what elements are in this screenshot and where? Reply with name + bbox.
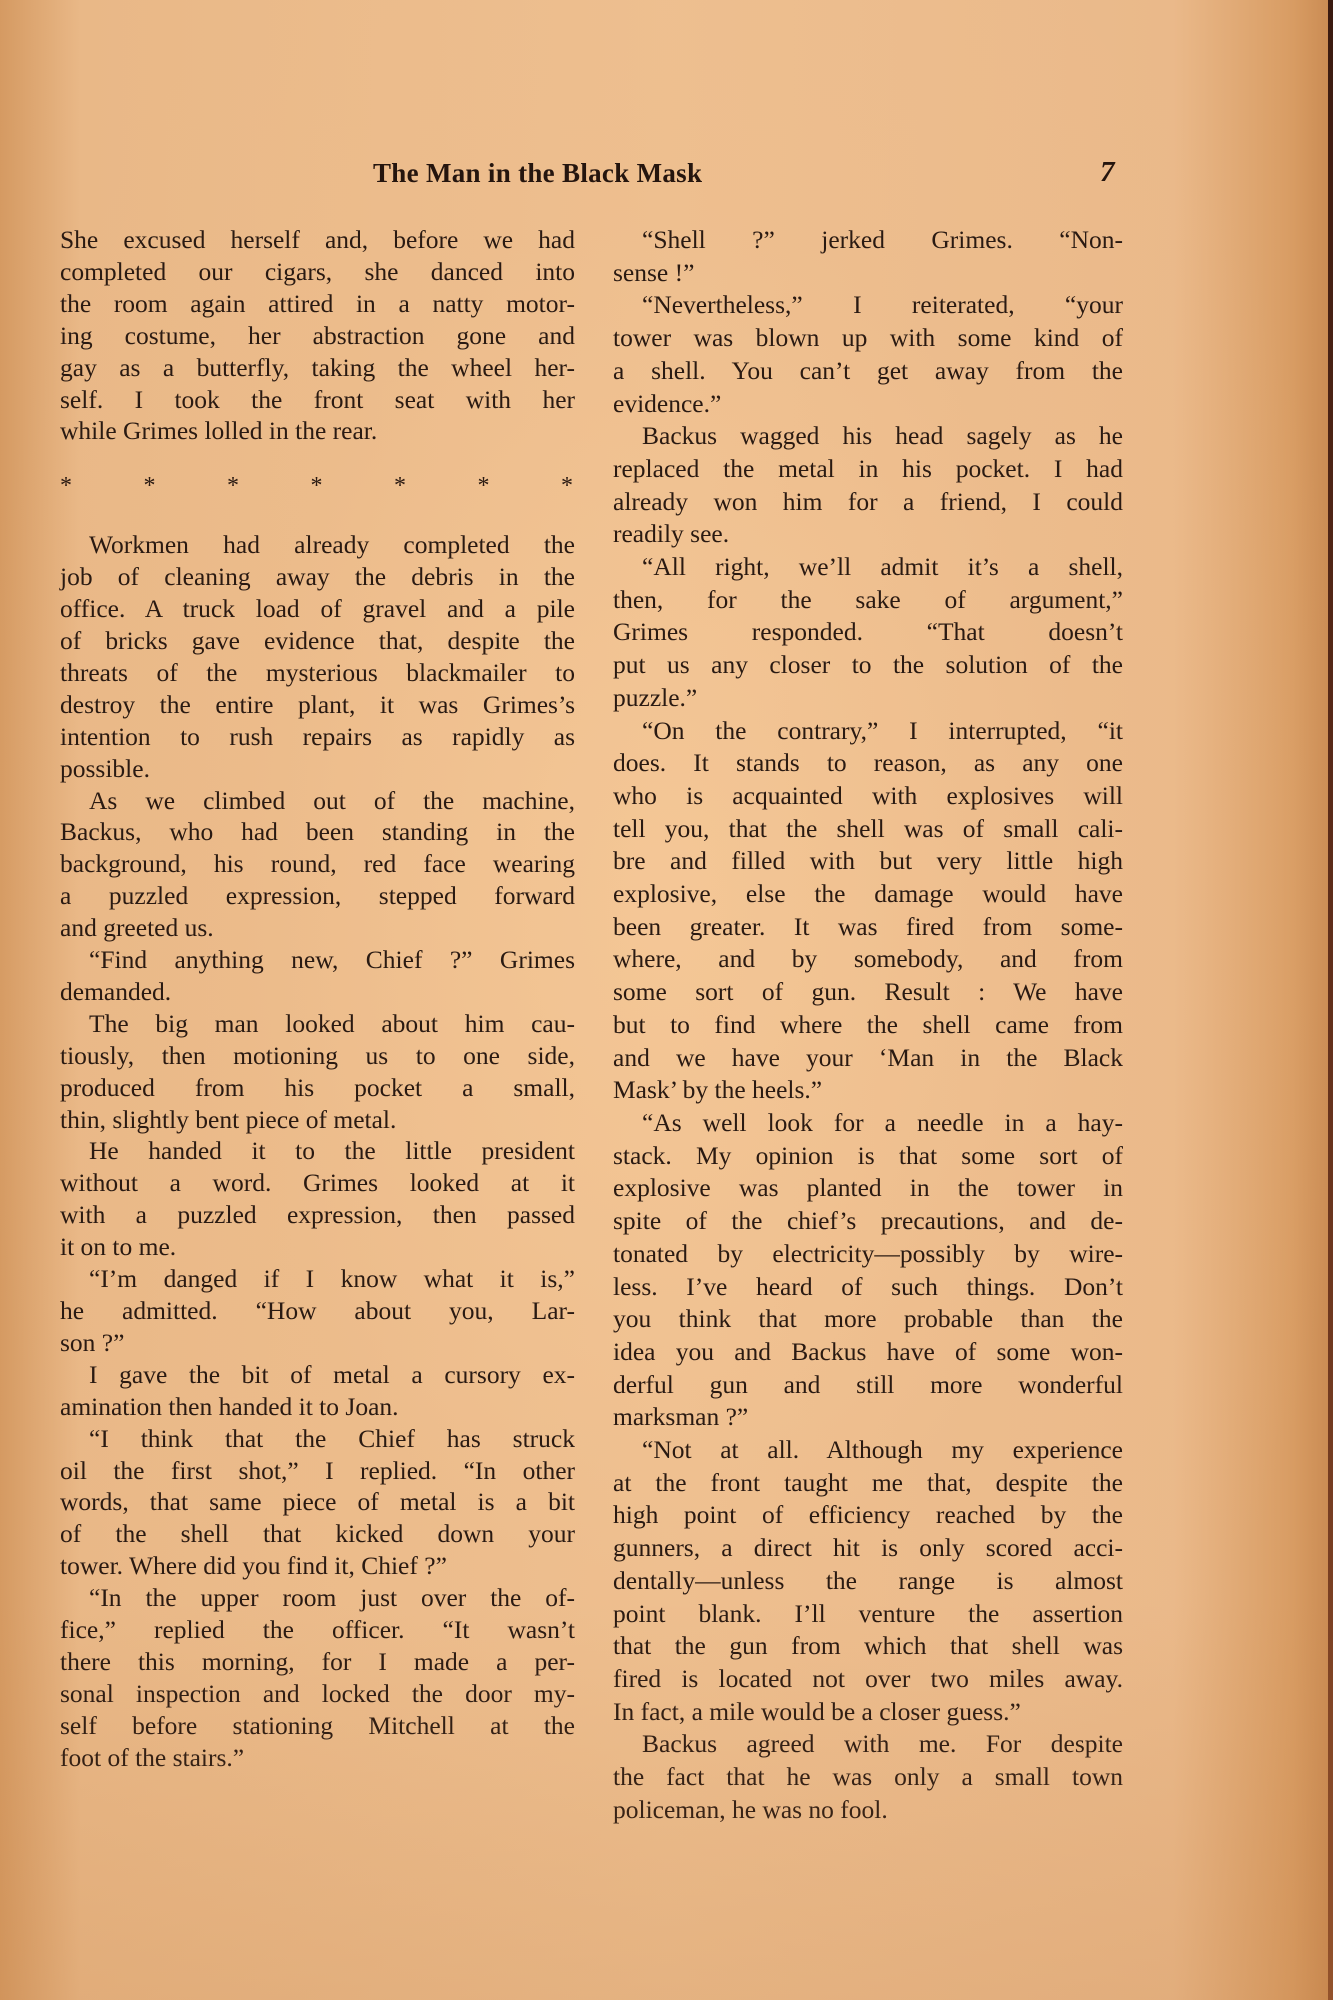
text-line: tell you, that the shell was of small ca…: [613, 813, 1123, 846]
text-line: He handed it to the little president: [60, 1135, 575, 1167]
text-line: put us any closer to the solution of the: [613, 649, 1123, 682]
text-line: “I’m danged if I know what it is,”: [60, 1263, 575, 1295]
text-line: the room again attired in a natty motor-: [60, 288, 575, 320]
text-line: puzzle.”: [613, 682, 1123, 715]
text-line: The big man looked about him cau-: [60, 1008, 575, 1040]
text-line: “All right, we’ll admit it’s a shell,: [613, 551, 1123, 584]
text-line: a shell. You can’t get away from the: [613, 355, 1123, 388]
text-line: “I think that the Chief has struck: [60, 1423, 575, 1455]
text-line: oil the first shot,” I replied. “In othe…: [60, 1455, 575, 1487]
text-line: Backus agreed with me. For despite: [613, 1728, 1123, 1761]
text-line: of bricks gave evidence that, despite th…: [60, 625, 575, 657]
text-line: “Shell ?” jerked Grimes. “Non-: [613, 224, 1123, 257]
text-line: “Find anything new, Chief ?” Grimes: [60, 944, 575, 976]
text-line: dentally—unless the range is almost: [613, 1565, 1123, 1598]
text-line: been greater. It was fired from some-: [613, 911, 1123, 944]
text-line: and we have your ‘Man in the Black: [613, 1042, 1123, 1075]
text-line: while Grimes lolled in the rear.: [60, 415, 575, 447]
text-line: thin, slightly bent piece of metal.: [60, 1104, 575, 1136]
asterisk-glyph: *: [144, 471, 156, 503]
text-line: She excused herself and, before we had: [60, 224, 575, 256]
text-line: fice,” replied the officer. “It wasn’t: [60, 1614, 575, 1646]
asterisk-glyph: *: [561, 471, 573, 503]
text-line: “On the contrary,” I interrupted, “it: [613, 715, 1123, 748]
paragraph: “Find anything new, Chief ?” Grimesdeman…: [60, 944, 575, 1008]
paragraph: The big man looked about him cau-tiously…: [60, 1008, 575, 1136]
text-line: self. I took the front seat with her: [60, 384, 575, 416]
text-line: amination then handed it to Joan.: [60, 1391, 575, 1423]
book-page: The Man in the Black Mask 7 She excused …: [0, 0, 1333, 2000]
text-line: bre and filled with but very little high: [613, 845, 1123, 878]
text-line: words, that same piece of metal is a bit: [60, 1486, 575, 1518]
text-line: readily see.: [613, 518, 1123, 551]
text-line: it on to me.: [60, 1231, 575, 1263]
text-line: gunners, a direct hit is only scored acc…: [613, 1532, 1123, 1565]
page-number: 7: [1100, 156, 1115, 189]
paragraph: “Nevertheless,” I reiterated, “yourtower…: [613, 289, 1123, 420]
text-line: he admitted. “How about you, Lar-: [60, 1295, 575, 1327]
text-line: ing costume, her abstraction gone and: [60, 320, 575, 352]
text-line: intention to rush repairs as rapidly as: [60, 721, 575, 753]
paragraph: “Shell ?” jerked Grimes. “Non-sense !”: [613, 224, 1123, 289]
text-line: then, for the sake of argument,”: [613, 584, 1123, 617]
text-line: “As well look for a needle in a hay-: [613, 1107, 1123, 1140]
text-line: of the shell that kicked down your: [60, 1518, 575, 1550]
text-line: “In the upper room just over the of-: [60, 1582, 575, 1614]
paragraph: “I think that the Chief has struckoil th…: [60, 1423, 575, 1583]
text-line: destroy the entire plant, it was Grimes’…: [60, 689, 575, 721]
page-edge-binding: [1328, 0, 1333, 2000]
text-line: tower was blown up with some kind of: [613, 322, 1123, 355]
text-line: derful gun and still more wonderful: [613, 1369, 1123, 1402]
text-line: a puzzled expression, stepped forward: [60, 880, 575, 912]
text-line: office. A truck load of gravel and a pil…: [60, 593, 575, 625]
text-line: job of cleaning away the debris in the: [60, 561, 575, 593]
text-line: I gave the bit of metal a cursory ex-: [60, 1359, 575, 1391]
text-line: Backus, who had been standing in the: [60, 816, 575, 848]
text-line: “Nevertheless,” I reiterated, “your: [613, 289, 1123, 322]
text-line: replaced the metal in his pocket. I had: [613, 453, 1123, 486]
section-break: *******: [60, 471, 575, 503]
paragraph: Workmen had already completed thejob of …: [60, 529, 575, 784]
text-line: tonated by electricity—possibly by wire-: [613, 1238, 1123, 1271]
text-line: the fact that he was only a small town: [613, 1761, 1123, 1794]
asterisk-glyph: *: [311, 471, 323, 503]
text-line: produced from his pocket a small,: [60, 1072, 575, 1104]
text-line: idea you and Backus have of some won-: [613, 1336, 1123, 1369]
text-line: high point of efficiency reached by the: [613, 1499, 1123, 1532]
text-line: already won him for a friend, I could: [613, 486, 1123, 519]
paragraph: “In the upper room just over the of-fice…: [60, 1582, 575, 1773]
text-line: and greeted us.: [60, 912, 575, 944]
text-line: evidence.”: [613, 388, 1123, 421]
text-line: you think that more probable than the: [613, 1303, 1123, 1336]
text-line: explosive, else the damage would have: [613, 878, 1123, 911]
text-line: stack. My opinion is that some sort of: [613, 1140, 1123, 1173]
text-line: policeman, he was no fool.: [613, 1794, 1123, 1827]
paragraph: “I’m danged if I know what it is,”he adm…: [60, 1263, 575, 1359]
text-line: “Not at all. Although my experience: [613, 1434, 1123, 1467]
text-line: point blank. I’ll venture the assertion: [613, 1598, 1123, 1631]
text-line: at the front taught me that, despite the: [613, 1467, 1123, 1500]
paragraph: Backus wagged his head sagely as herepla…: [613, 420, 1123, 551]
paragraph: She excused herself and, before we hadco…: [60, 224, 575, 447]
text-line: there this morning, for I made a per-: [60, 1646, 575, 1678]
paragraph: He handed it to the little presidentwith…: [60, 1135, 575, 1263]
text-line: Mask’ by the heels.”: [613, 1074, 1123, 1107]
text-line: some sort of gun. Result : We have: [613, 976, 1123, 1009]
paragraph: I gave the bit of metal a cursory ex-ami…: [60, 1359, 575, 1423]
text-line: Grimes responded. “That doesn’t: [613, 616, 1123, 649]
text-line: where, and by somebody, and from: [613, 943, 1123, 976]
text-line: sonal inspection and locked the door my-: [60, 1678, 575, 1710]
text-line: gay as a butterfly, taking the wheel her…: [60, 352, 575, 384]
paragraph: “On the contrary,” I interrupted, “itdoe…: [613, 715, 1123, 1107]
text-line: who is acquainted with explosives will: [613, 780, 1123, 813]
text-line: self before stationing Mitchell at the: [60, 1710, 575, 1742]
text-line: sense !”: [613, 257, 1123, 290]
asterisk-glyph: *: [60, 471, 72, 503]
text-line: but to find where the shell came from: [613, 1009, 1123, 1042]
text-line: Backus wagged his head sagely as he: [613, 420, 1123, 453]
asterisk-glyph: *: [478, 471, 490, 503]
text-line: marksman ?”: [613, 1401, 1123, 1434]
right-text-column: “Shell ?” jerked Grimes. “Non-sense !”“N…: [613, 224, 1123, 1826]
text-line: tiously, then motioning us to one side,: [60, 1040, 575, 1072]
text-line: demanded.: [60, 976, 575, 1008]
paragraph: “As well look for a needle in a hay-stac…: [613, 1107, 1123, 1434]
text-line: threats of the mysterious blackmailer to: [60, 657, 575, 689]
text-line: does. It stands to reason, as any one: [613, 747, 1123, 780]
text-line: As we climbed out of the machine,: [60, 785, 575, 817]
asterisk-glyph: *: [394, 471, 406, 503]
running-title: The Man in the Black Mask: [373, 158, 813, 189]
paragraph: As we climbed out of the machine,Backus,…: [60, 785, 575, 945]
text-line: explosive was planted in the tower in: [613, 1172, 1123, 1205]
text-line: son ?”: [60, 1327, 575, 1359]
text-line: foot of the stairs.”: [60, 1742, 575, 1774]
paragraph: “All right, we’ll admit it’s a shell,the…: [613, 551, 1123, 715]
text-line: without a word. Grimes looked at it: [60, 1167, 575, 1199]
text-line: spite of the chief’s precautions, and de…: [613, 1205, 1123, 1238]
paragraph: Backus agreed with me. For despitethe fa…: [613, 1728, 1123, 1826]
text-line: background, his round, red face wearing: [60, 848, 575, 880]
text-line: tower. Where did you find it, Chief ?”: [60, 1550, 575, 1582]
paragraph: “Not at all. Although my experienceat th…: [613, 1434, 1123, 1728]
text-line: In fact, a mile would be a closer guess.…: [613, 1696, 1123, 1729]
asterisk-glyph: *: [227, 471, 239, 503]
left-text-column: She excused herself and, before we hadco…: [60, 224, 575, 1774]
text-line: possible.: [60, 753, 575, 785]
text-line: with a puzzled expression, then passed: [60, 1199, 575, 1231]
text-line: fired is located not over two miles away…: [613, 1663, 1123, 1696]
text-line: less. I’ve heard of such things. Don’t: [613, 1271, 1123, 1304]
text-line: that the gun from which that shell was: [613, 1630, 1123, 1663]
text-line: Workmen had already completed the: [60, 529, 575, 561]
text-line: completed our cigars, she danced into: [60, 256, 575, 288]
